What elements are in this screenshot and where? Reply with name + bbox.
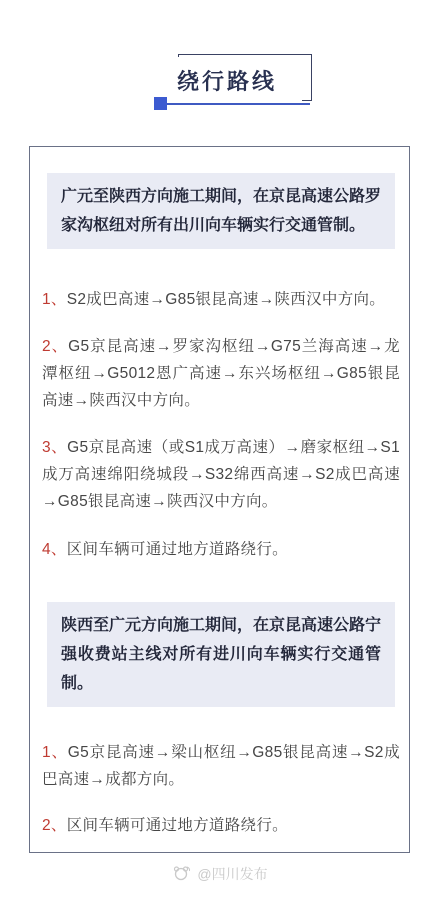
item-number: 1、 bbox=[42, 291, 67, 308]
item-number: 1、 bbox=[42, 744, 68, 761]
route-text: 区间车辆可通过地方道路绕行。 bbox=[67, 541, 288, 558]
route-item: 3、G5京昆高速（或S1成万高速）→磨家枢纽→S1成万高速绵阳绕城段→S32绵西… bbox=[42, 434, 400, 515]
watermark: @四川发布 bbox=[0, 864, 440, 884]
title-accent-square bbox=[154, 97, 167, 110]
notice-page: 绕行路线 广元至陕西方向施工期间，在京昆高速公路罗家沟枢纽对所有出川向车辆实行交… bbox=[0, 0, 440, 897]
item-number: 2、 bbox=[42, 338, 68, 355]
watermark-text: @四川发布 bbox=[197, 864, 267, 884]
route-text: S2成巴高速→G85银昆高速→陕西汉中方向。 bbox=[67, 291, 385, 308]
sichuan-fabu-logo-icon bbox=[172, 864, 192, 884]
route-text: G5京昆高速（或S1成万高速）→磨家枢纽→S1成万高速绵阳绕城段→S32绵西高速… bbox=[42, 439, 400, 510]
page-title: 绕行路线 bbox=[152, 57, 302, 103]
route-item: 2、G5京昆高速→罗家沟枢纽→G75兰海高速→龙潭枢纽→G5012恩广高速→东兴… bbox=[42, 333, 400, 414]
highlight-notice-outbound: 广元至陕西方向施工期间，在京昆高速公路罗家沟枢纽对所有出川向车辆实行交通管制。 bbox=[47, 173, 395, 249]
route-item: 1、S2成巴高速→G85银昆高速→陕西汉中方向。 bbox=[42, 286, 400, 313]
highlight-notice-inbound: 陕西至广元方向施工期间，在京昆高速公路宁强收费站主线对所有进川向车辆实行交通管制… bbox=[47, 602, 395, 707]
route-text: G5京昆高速→罗家沟枢纽→G75兰海高速→龙潭枢纽→G5012恩广高速→东兴场枢… bbox=[42, 338, 400, 409]
route-item: 1、G5京昆高速→梁山枢纽→G85银昆高速→S2成巴高速→成都方向。 bbox=[42, 739, 400, 793]
route-item: 4、区间车辆可通过地方道路绕行。 bbox=[42, 536, 400, 563]
item-number: 3、 bbox=[42, 439, 67, 456]
title-underline bbox=[154, 103, 310, 105]
route-text: 区间车辆可通过地方道路绕行。 bbox=[67, 817, 288, 834]
route-text: G5京昆高速→梁山枢纽→G85银昆高速→S2成巴高速→成都方向。 bbox=[42, 744, 400, 788]
item-number: 4、 bbox=[42, 541, 67, 558]
item-number: 2、 bbox=[42, 817, 67, 834]
route-item: 2、区间车辆可通过地方道路绕行。 bbox=[42, 812, 400, 839]
page-title-block: 绕行路线 bbox=[152, 57, 302, 103]
